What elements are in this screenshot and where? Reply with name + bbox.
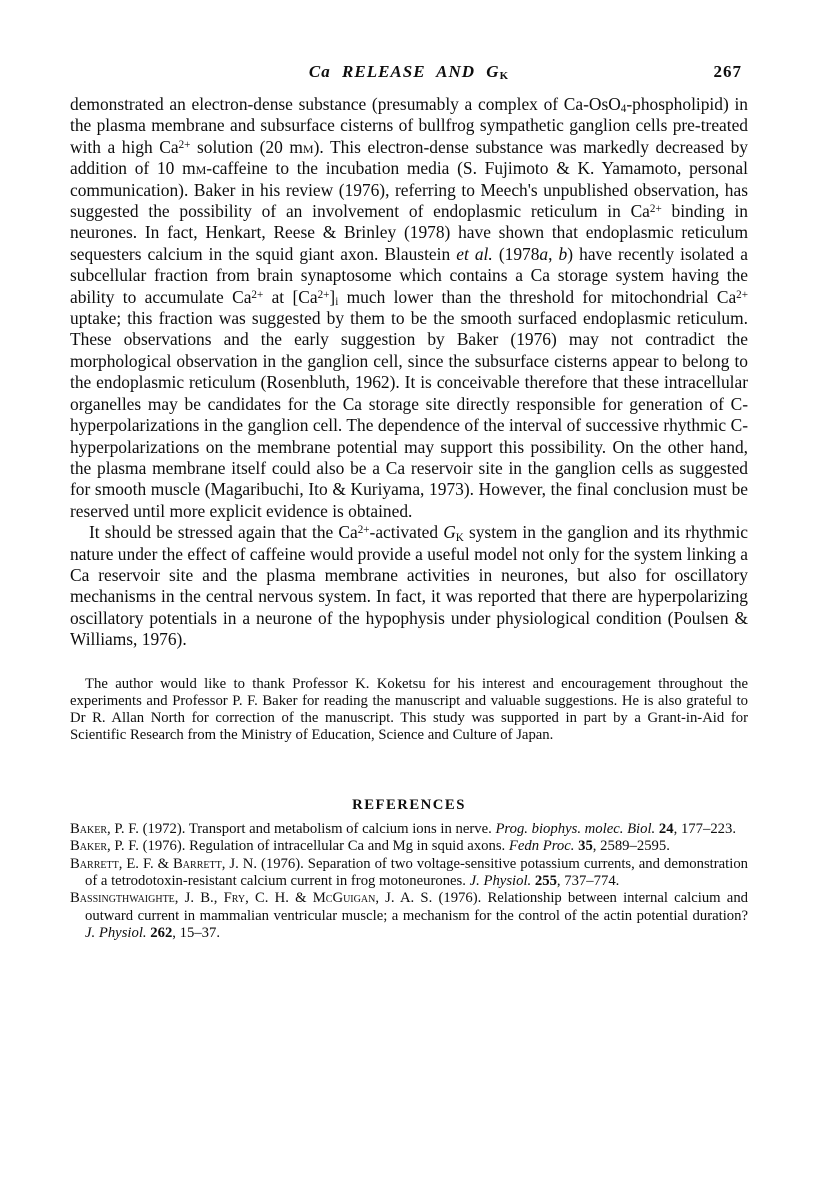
reference-item: Baker, P. F. (1976). Regulation of intra… <box>70 838 748 855</box>
reference-item: Bassingthwaighte, J. B., Fry, C. H. & Mc… <box>70 890 748 942</box>
journal-page: Ca RELEASE AND GK 267 demonstrated an el… <box>0 0 816 1181</box>
article-body: demonstrated an electron-dense substance… <box>70 94 748 651</box>
references-heading: REFERENCES <box>70 797 748 814</box>
page-content: Ca RELEASE AND GK 267 demonstrated an el… <box>70 62 748 943</box>
reference-item: Barrett, E. F. & Barrett, J. N. (1976). … <box>70 856 748 891</box>
running-title: Ca RELEASE AND GK <box>309 62 509 81</box>
running-head: Ca RELEASE AND GK 267 <box>70 62 748 82</box>
page-number: 267 <box>714 62 743 82</box>
reference-item: Baker, P. F. (1972). Transport and metab… <box>70 821 748 838</box>
references-list: Baker, P. F. (1972). Transport and metab… <box>70 821 748 943</box>
acknowledgment-paragraph: The author would like to thank Professor… <box>70 676 748 745</box>
body-paragraph-1: demonstrated an electron-dense substance… <box>70 94 748 522</box>
body-paragraph-2: It should be stressed again that the Ca2… <box>70 522 748 650</box>
